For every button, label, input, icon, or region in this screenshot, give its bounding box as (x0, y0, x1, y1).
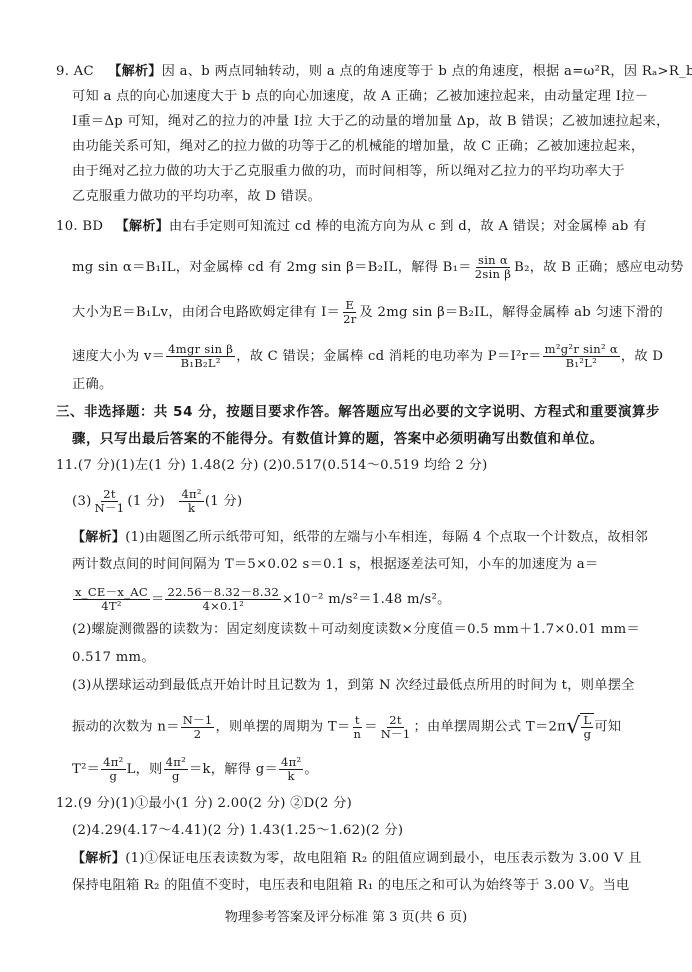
q10-line-3: 大小为E＝B₁Lv，由闭合电路欧姆定律有 I＝E2r及 2mg sin β＝B₂… (72, 299, 663, 326)
q12-analysis-line-1: 【解析】(1)①保证电压表读数为零，故电阻箱 R₂ 的阻值应调到最小，电压表示数… (72, 850, 642, 868)
q9-line-5: 由于绳对乙拉力做的功大于乙克服重力做的功，而时间相等，所以绳对乙拉力的平均功率大… (72, 163, 625, 181)
fraction: tn (351, 714, 363, 741)
fraction: 2tN－1 (93, 488, 127, 515)
q11-analysis-line-5: 0.517 mm。 (72, 649, 155, 667)
q11-analysis-line-7: 振动的次数为 n＝N－12，则单摆的周期为 T＝tn＝2tN－1；由单摆周期公式… (72, 713, 621, 741)
q10-answer: 10. BD (56, 219, 103, 234)
q9-analysis-tag: 【解析】 (108, 64, 161, 79)
q9-line-6: 乙克服重力做功的平均功率，故 D 错误。 (72, 188, 321, 206)
q9-line-2: 可知 a 点的向心加速度大于 b 点的向心加速度，故 A 正确；乙被加速拉起来，… (72, 88, 648, 106)
q10-line-4: 速度大小为 v＝4mgr sin βB₁B₂L²，故 C 错误；金属棒 cd 消… (72, 343, 663, 370)
q10-line-5: 正确。 (72, 376, 112, 394)
q11-analysis-line-3: x_CE－x_AC4T²＝22.56－8.32－8.324×0.1²×10⁻² … (72, 586, 451, 613)
fraction: m²g²r sin² αB₁²L² (543, 343, 620, 370)
q12-analysis-line-2: 保持电阻箱 R₂ 的阻值不变时，电压表和电阻箱 R₁ 的电压之和可认为始终等于 … (72, 877, 630, 895)
q10-line-2: mg sin α＝B₁IL，对金属棒 cd 有 2mg sin β＝B₂IL，解… (72, 254, 684, 281)
q9-line-1: 9. AC 【解析】因 a、b 两点同轴转动，则 a 点的角速度等于 b 点的角… (56, 63, 692, 81)
q9-line-4: 由功能关系可知，绳对乙的拉力做的功等于乙的机械能的增加量，故 C 正确；乙被加速… (72, 138, 644, 156)
fraction: 22.56－8.32－8.324×0.1² (165, 586, 281, 613)
q11-analysis-line-4: (2)螺旋测微器的读数为：固定刻度读数＋可动刻度读数×分度值＝0.5 mm＋1.… (72, 621, 640, 639)
q9-answer: 9. AC (56, 64, 94, 79)
fraction: x_CE－x_AC4T² (73, 586, 150, 613)
fraction: 4π²g (101, 756, 125, 783)
fraction: 4π²g (164, 756, 188, 783)
q11-answer-line-1: 11.(7 分)(1)左(1 分) 1.48(2 分) (2)0.517(0.5… (56, 457, 488, 475)
q12-answer-line-2: (2)4.29(4.17～4.41)(2 分) 1.43(1.25～1.62)(… (72, 822, 403, 840)
q11-analysis-line-1: 【解析】(1)由题图乙所示纸带可知，纸带的左端与小车相连，每隔 4 个点取一个计… (72, 529, 648, 547)
q11-analysis-line-2: 两计数点间的时间间隔为 T＝5×0.02 s＝0.1 s，根据逐差法可知，小车的… (72, 556, 598, 574)
fraction: 4π²k (179, 488, 203, 515)
fraction: 4mgr sin βB₁B₂L² (166, 343, 235, 370)
q10-line-1: 10. BD 【解析】由右手定则可知流过 cd 棒的电流方向为从 c 到 d，故… (56, 218, 647, 236)
fraction: E2r (341, 299, 358, 326)
q11-analysis-line-8: T²＝4π²gL，则4π²g＝k，解得 g＝4π²k。 (72, 756, 318, 783)
section-3-heading-line-2: 骤，只写出最后答案的不能得分。有数值计算的题，答案中必须明确写出数值和单位。 (72, 431, 604, 449)
q11-analysis-line-6: (3)从摆球运动到最低点开始计时且记数为 1，到第 N 次经过最低点所用的时间为… (72, 677, 635, 695)
fraction: 4π²k (279, 756, 303, 783)
q11-answer-line-2: (3)2tN－1(1 分) 4π²k(1 分) (72, 488, 242, 515)
fraction: N－12 (181, 714, 215, 741)
square-root: √Lg (566, 713, 594, 741)
section-3-heading-line-1: 三、非选择题：共 54 分，按题目要求作答。解答题应写出必要的文字说明、方程式和… (56, 404, 660, 422)
q10-analysis-tag: 【解析】 (116, 219, 169, 234)
page-footer: 物理参考答案及评分标准 第 3 页(共 6 页) (0, 906, 692, 925)
q12-answer-line-1: 12.(9 分)(1)①最小(1 分) 2.00(2 分) ②D(2 分) (56, 795, 352, 813)
fraction: 2tN－1 (379, 714, 413, 741)
q12-analysis-tag: 【解析】 (72, 851, 125, 866)
q11-analysis-tag: 【解析】 (72, 530, 125, 545)
q9-line-3: I重＝Δp 可知，绳对乙的拉力的冲量 I拉 大于乙的动量的增加量 Δp，故 B … (72, 113, 670, 131)
fraction: sin α2sin β (473, 254, 513, 281)
